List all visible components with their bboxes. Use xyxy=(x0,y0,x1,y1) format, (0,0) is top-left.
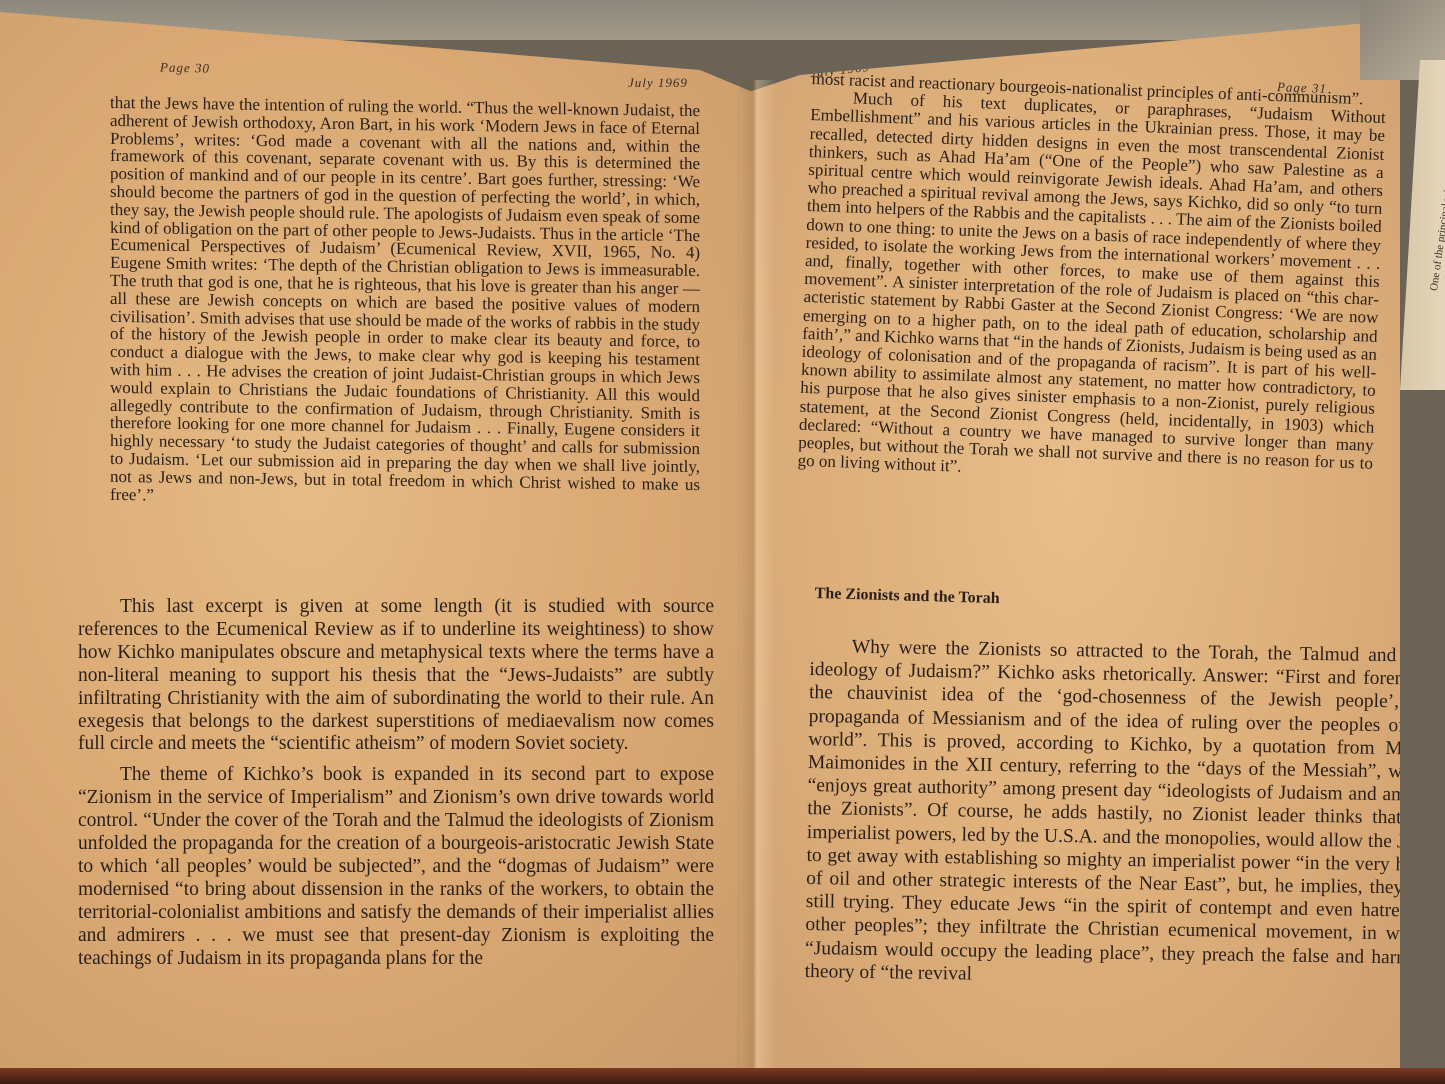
paragraph: Much of his text duplicates, or paraphra… xyxy=(797,88,1386,491)
open-booklet: Page 30 July 1969 that the Jews have the… xyxy=(0,0,1445,1074)
book-gutter xyxy=(735,80,775,1074)
left-page: Page 30 July 1969 that the Jews have the… xyxy=(0,0,760,1074)
running-date-left: July 1969 xyxy=(628,75,688,91)
left-page-body-upper: that the Jews have the intention of ruli… xyxy=(110,94,700,512)
right-page: July 1969 Page 31 most racist and reacti… xyxy=(740,0,1400,1074)
paragraph: that the Jews have the intention of ruli… xyxy=(110,94,700,512)
paragraph: The theme of Kichko’s book is expanded i… xyxy=(78,764,714,970)
book-cover-edge xyxy=(0,1068,1445,1084)
right-page-body-upper: most racist and reactionary bourgeois-na… xyxy=(797,70,1386,491)
right-page-body-lower: Why were the Zionists so attracted to th… xyxy=(805,635,1400,993)
paragraph: This last excerpt is given at some lengt… xyxy=(78,596,714,756)
paragraph: Why were the Zionists so attracted to th… xyxy=(805,635,1400,993)
section-heading: The Zionists and the Torah xyxy=(814,585,999,608)
page-number-left: Page 30 xyxy=(160,59,210,76)
left-page-body-lower: This last excerpt is given at some lengt… xyxy=(78,596,714,971)
